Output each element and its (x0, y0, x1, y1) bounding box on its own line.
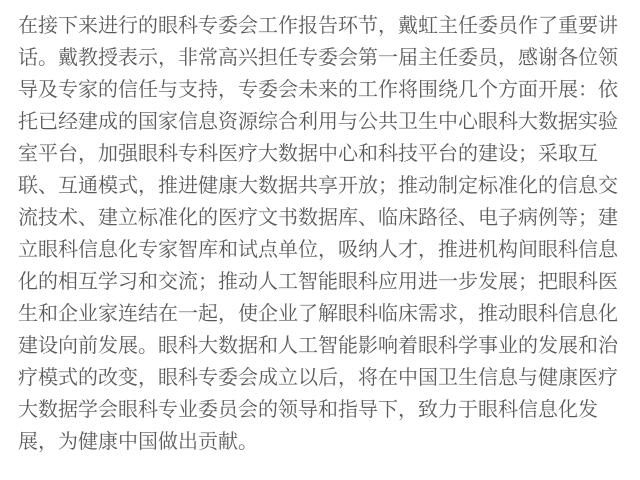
text-line: 大数据学会眼科专业委员会的领导和指导下，致力于眼科信息化发 (18, 394, 624, 426)
text-line: 话。戴教授表示，非常高兴担任专委会第一届主任委员，感谢各位领 (18, 42, 624, 74)
text-line: 生和企业家连结在一起，使企业了解眼科临床需求，推动眼科信息化 (18, 298, 624, 330)
article-body: 在接下来进行的眼科专委会工作报告环节，戴虹主任委员作了重要讲 话。戴教授表示，非… (18, 10, 624, 458)
text-line: 联、互通模式，推进健康大数据共享开放；推动制定标准化的信息交 (18, 170, 624, 202)
text-line: 流技术、建立标准化的医疗文书数据库、临床路径、电子病例等；建 (18, 202, 624, 234)
text-line: 建设向前发展。眼科大数据和人工智能影响着眼科学事业的发展和治 (18, 330, 624, 362)
text-line: 展，为健康中国做出贡献。 (18, 426, 624, 458)
text-line: 疗模式的改变，眼科专委会成立以后，将在中国卫生信息与健康医疗 (18, 362, 624, 394)
text-line: 室平台，加强眼科专科医疗大数据中心和科技平台的建设；采取互 (18, 138, 624, 170)
text-line: 在接下来进行的眼科专委会工作报告环节，戴虹主任委员作了重要讲 (18, 10, 624, 42)
text-line: 导及专家的信任与支持，专委会未来的工作将围绕几个方面开展：依 (18, 74, 624, 106)
text-line: 化的相互学习和交流；推动人工智能眼科应用进一步发展；把眼科医 (18, 266, 624, 298)
text-line: 立眼科信息化专家智库和试点单位，吸纳人才，推进机构间眼科信息 (18, 234, 624, 266)
text-line: 托已经建成的国家信息资源综合利用与公共卫生中心眼科大数据实验 (18, 106, 624, 138)
